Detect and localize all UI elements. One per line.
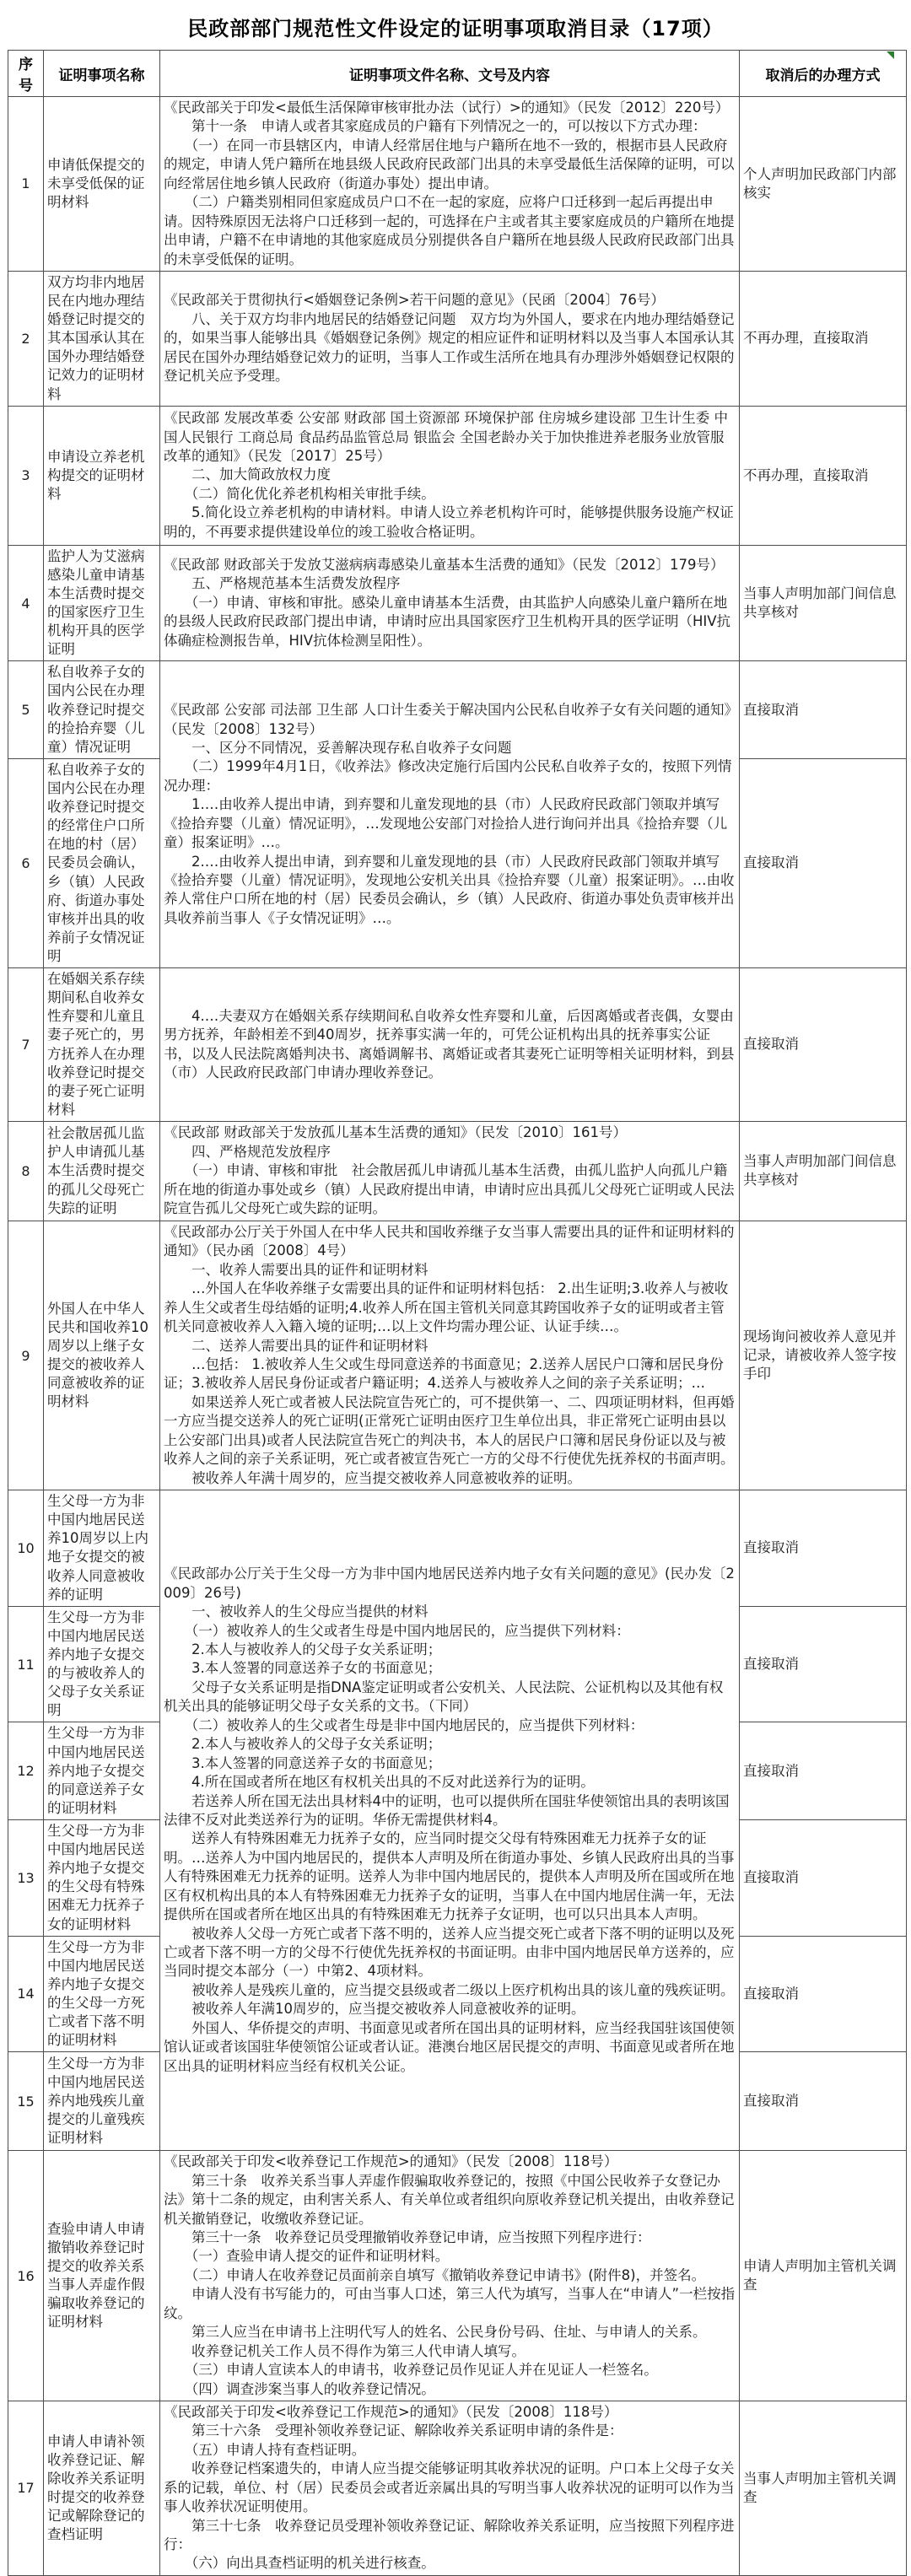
item-name-cell: 生父母一方为非中国内地居民送养内地子女提交的同意送养子女的证明材料 (44, 1722, 160, 1820)
serial-cell: 4 (8, 545, 44, 661)
method-cell: 直接取消 (740, 1606, 907, 1722)
serial-cell: 9 (8, 1221, 44, 1490)
serial-cell: 6 (8, 758, 44, 967)
doc-content-cell: 《民政部关于贯彻执行<婚姻登记条例>若干问题的意见》（民函〔2004〕76号） … (160, 271, 740, 406)
serial-cell: 16 (8, 2151, 44, 2401)
header-method: 取消后的办理方式 (740, 51, 907, 97)
table-row: 3 申请设立养老机构提交的证明材料 《民政部 发展改革委 公安部 财政部 国土资… (8, 406, 907, 545)
table-row: 17 申请人申请补领收养登记证、解除收养关系证明时提交的收养登记或解除登记的查档… (8, 2401, 907, 2575)
table-row: 7 在婚姻关系存续期间私自收养女性弃婴和儿童且妻子死亡的，男方抚养人在办理收养登… (8, 968, 907, 1122)
item-name-cell: 私自收养子女的国内公民在办理收养登记时提交的捡拾弃婴（儿童）情况证明 (44, 661, 160, 759)
item-name-cell: 外国人在中华人民共和国收养10周岁以上继子女提交的被收养人同意被收养的证明材料 (44, 1221, 160, 1490)
doc-content-cell-merged: 《民政部 公安部 司法部 卫生部 人口计生委关于解决国内公民私自收养子女有关问题… (160, 661, 740, 968)
doc-content-cell: 《民政部 发展改革委 公安部 财政部 国土资源部 环境保护部 住房城乡建设部 卫… (160, 406, 740, 545)
item-name-cell: 生父母一方为非中国内地居民送养10周岁以上内地子女提交的被收养人同意被收养的证明 (44, 1490, 160, 1607)
header-row: 序号 证明事项名称 证明事项文件名称、文号及内容 取消后的办理方式 (8, 51, 907, 97)
green-corner-marker-icon (887, 51, 894, 59)
serial-cell: 7 (8, 968, 44, 1122)
serial-cell: 3 (8, 406, 44, 545)
serial-cell: 5 (8, 661, 44, 759)
serial-cell: 8 (8, 1121, 44, 1221)
method-cell: 申请人声明加主管机关调查 (740, 2151, 907, 2401)
doc-content-cell: 《民政部 财政部关于发放艾滋病病毒感染儿童基本生活费的通知》（民发〔2012〕1… (160, 545, 740, 661)
item-name-cell: 生父母一方为非中国内地居民送养内地子女提交的与被收养人的父母子女关系证明 (44, 1606, 160, 1722)
document-page: 民政部部门规范性文件设定的证明事项取消目录（17项） 序号 证明事项名称 证明事… (0, 0, 911, 2576)
item-name-cell: 双方均非内地居民在内地办理结婚登记时提交的其本国承认其在国外办理结婚登记效力的证… (44, 271, 160, 406)
serial-cell: 10 (8, 1490, 44, 1607)
method-cell: 直接取消 (740, 968, 907, 1122)
cancellation-catalog-table: 序号 证明事项名称 证明事项文件名称、文号及内容 取消后的办理方式 1 申请低保… (8, 50, 907, 2576)
doc-content-cell-merged: 《民政部办公厅关于生父母一方为非中国内地居民送养内地子女有关问题的意见》(民办发… (160, 1490, 740, 2151)
table-row: 1 申请低保提交的未享受低保的证明材料 《民政部关于印发<最低生活保障审核审批办… (8, 97, 907, 272)
method-cell: 直接取消 (740, 1936, 907, 2052)
item-name-cell: 生父母一方为非中国内地居民送养内地残疾儿童提交的儿童残疾证明材料 (44, 2052, 160, 2151)
serial-cell: 2 (8, 271, 44, 406)
item-name-cell: 查验申请人申请撤销收养登记时提交的收养关系当事人弄虚作假骗取收养登记的证明材料 (44, 2151, 160, 2401)
serial-cell: 13 (8, 1819, 44, 1936)
method-cell: 直接取消 (740, 661, 907, 759)
method-cell: 当事人声明加部门间信息共享核对 (740, 1121, 907, 1221)
doc-content-cell: 《民政部 财政部关于发放孤儿基本生活费的通知》（民发〔2010〕161号） 四、… (160, 1121, 740, 1221)
item-name-cell: 申请低保提交的未享受低保的证明材料 (44, 97, 160, 272)
method-cell: 不再办理，直接取消 (740, 406, 907, 545)
table-row: 2 双方均非内地居民在内地办理结婚登记时提交的其本国承认其在国外办理结婚登记效力… (8, 271, 907, 406)
doc-content-cell: 《民政部关于印发<最低生活保障审核审批办法（试行）>的通知》（民发〔2012〕2… (160, 97, 740, 272)
doc-content-cell: 《民政部办公厅关于外国人在中华人民共和国收养继子女当事人需要出具的证件和证明材料… (160, 1221, 740, 1490)
method-cell: 现场询问被收养人意见并记录，请被收养人签字按手印 (740, 1221, 907, 1490)
serial-cell: 15 (8, 2052, 44, 2151)
serial-cell: 17 (8, 2401, 44, 2575)
method-cell: 当事人声明加部门间信息共享核对 (740, 545, 907, 661)
item-name-cell: 申请设立养老机构提交的证明材料 (44, 406, 160, 545)
header-name: 证明事项名称 (44, 51, 160, 97)
header-doc: 证明事项文件名称、文号及内容 (160, 51, 740, 97)
method-cell: 个人声明加民政部门内部核实 (740, 97, 907, 272)
item-name-cell: 社会散居孤儿监护人申请孤儿基本生活费时提交的孤儿父母死亡失踪的证明 (44, 1121, 160, 1221)
table-row: 4 监护人为艾滋病感染儿童申请基本生活费时提交的国家医疗卫生机构开具的医学证明 … (8, 545, 907, 661)
doc-content-cell: 4.…夫妻双方在婚姻关系存续期间私自收养女性弃婴和儿童，后因离婚或者丧偶，女婴由… (160, 968, 740, 1122)
page-title: 民政部部门规范性文件设定的证明事项取消目录（17项） (0, 0, 911, 41)
header-method-label: 取消后的办理方式 (766, 67, 881, 84)
table-row: 5 私自收养子女的国内公民在办理收养登记时提交的捡拾弃婴（儿童）情况证明 《民政… (8, 661, 907, 759)
table-row: 9 外国人在中华人民共和国收养10周岁以上继子女提交的被收养人同意被收养的证明材… (8, 1221, 907, 1490)
header-no: 序号 (8, 51, 44, 97)
table-row: 16 查验申请人申请撤销收养登记时提交的收养关系当事人弄虚作假骗取收养登记的证明… (8, 2151, 907, 2401)
table-row: 8 社会散居孤儿监护人申请孤儿基本生活费时提交的孤儿父母死亡失踪的证明 《民政部… (8, 1121, 907, 1221)
method-cell: 直接取消 (740, 758, 907, 967)
serial-cell: 14 (8, 1936, 44, 2052)
method-cell: 直接取消 (740, 2052, 907, 2151)
item-name-cell: 申请人申请补领收养登记证、解除收养关系证明时提交的收养登记或解除登记的查档证明 (44, 2401, 160, 2575)
doc-content-cell: 《民政部关于印发<收养登记工作规范>的通知》（民发〔2008〕118号） 第三十… (160, 2401, 740, 2575)
method-cell: 不再办理，直接取消 (740, 271, 907, 406)
item-name-cell: 在婚姻关系存续期间私自收养女性弃婴和儿童且妻子死亡的，男方抚养人在办理收养登记时… (44, 968, 160, 1122)
serial-cell: 1 (8, 97, 44, 272)
serial-cell: 11 (8, 1606, 44, 1722)
method-cell: 直接取消 (740, 1490, 907, 1607)
item-name-cell: 私自收养子女的国内公民在办理收养登记时提交的经常住户口所在地的村（居）民委员会确… (44, 758, 160, 967)
method-cell: 当事人声明加主管机关调查 (740, 2401, 907, 2575)
table-row: 10 生父母一方为非中国内地居民送养10周岁以上内地子女提交的被收养人同意被收养… (8, 1490, 907, 1607)
method-cell: 直接取消 (740, 1819, 907, 1936)
serial-cell: 12 (8, 1722, 44, 1820)
item-name-cell: 生父母一方为非中国内地居民送养内地子女提交的生父母有特殊困难无力抚养子女的证明材… (44, 1819, 160, 1936)
doc-content-cell: 《民政部关于印发<收养登记工作规范>的通知》（民发〔2008〕118号） 第三十… (160, 2151, 740, 2401)
method-cell: 直接取消 (740, 1722, 907, 1820)
item-name-cell: 监护人为艾滋病感染儿童申请基本生活费时提交的国家医疗卫生机构开具的医学证明 (44, 545, 160, 661)
item-name-cell: 生父母一方为非中国内地居民送养内地子女提交的生父母一方死亡或者下落不明的证明材料 (44, 1936, 160, 2052)
